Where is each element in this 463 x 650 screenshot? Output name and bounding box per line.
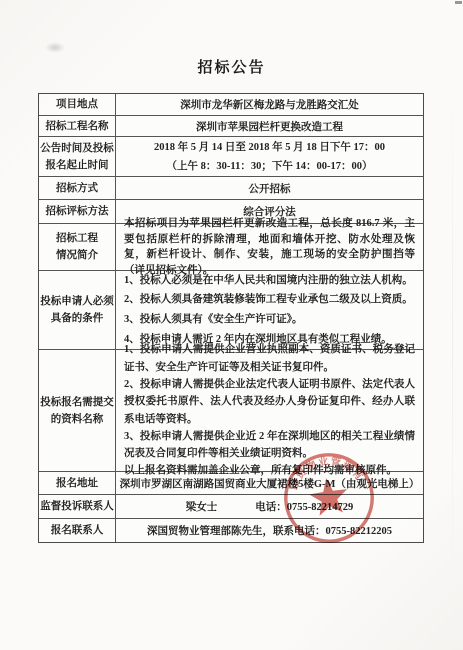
document-page: 招标公告 项目地点 深圳市龙华新区梅龙路与龙胜路交汇处 招标工程名称 深圳市苹果… [0, 0, 463, 650]
tender-table: 项目地点 深圳市龙华新区梅龙路与龙胜路交汇处 招标工程名称 深圳市苹果园栏杆更换… [38, 93, 424, 543]
document-item: 2、投标申请人需提供企业法定代表人证明书原件、法定代表人授权委托书原件、法人代表… [124, 376, 415, 428]
row-value: 1、投标人必须是在中华人民共和国境内注册的独立法人机构。 2、投标人须具备建筑装… [116, 271, 423, 349]
row-label: 公告时间及投标 报名起止时间 [39, 137, 116, 176]
row-label-line: 招标工程 [56, 230, 98, 247]
time-hours-line: （上午 8：30-11：30；下午 14：00-17：00） [167, 157, 373, 176]
table-row-registration-contact: 报名联系人 深国贸物业管理部陈先生，联系电话：0755-82212205 [39, 519, 423, 542]
row-label: 投标申请人必须 具备的条件 [39, 271, 116, 349]
row-value: 公开招标 [116, 177, 423, 199]
document-item: 3、投标申请人需提供企业近 2 年在深圳地区的相关工程业绩情况表及合同复印件等相… [124, 428, 415, 463]
overview-paragraph: 本招标项目为苹果园栏杆更新改造工程，总长度 816.7 米，主要包括原栏杆的拆除… [124, 216, 415, 278]
row-label: 招标方式 [39, 177, 116, 199]
row-label-line: 报名起止时间 [46, 157, 109, 174]
row-label-line: 公告时间及投标 [40, 140, 114, 157]
row-label: 招标评标方法 [39, 200, 116, 223]
row-label: 监督投诉联系人 [39, 495, 116, 518]
table-row-registration-address: 报名地址 深圳市罗湖区南湖路国贸商业大厦裙楼5楼G-M（由观光电梯上） [39, 472, 423, 495]
row-label-line: 投标报名需提交 [40, 394, 114, 411]
requirement-item: 3、投标人须具有《安全生产许可证》。 [124, 310, 303, 330]
table-row-project-overview: 招标工程 情况简介 本招标项目为苹果园栏杆更新改造工程，总长度 816.7 米，… [39, 224, 423, 271]
table-row-required-documents: 投标报名需提交 的资料名称 1、投标申请人需提供企业营业执照副本、资质证书、税务… [39, 350, 423, 472]
contact-line: 梁女士 电话：0755-82214729 [116, 499, 423, 514]
row-value: 深圳市龙华新区梅龙路与龙胜路交汇处 [116, 94, 423, 115]
row-value: 深圳市苹果园栏杆更换改造工程 [116, 116, 423, 136]
row-value: 1、投标申请人需提供企业营业执照副本、资质证书、税务登记证书、安全生产许可证等及… [116, 350, 423, 471]
page-title: 招标公告 [0, 56, 463, 77]
scan-fold-line [452, 80, 453, 600]
table-row-complaint-contact: 监督投诉联系人 梁女士 电话：0755-82214729 [39, 495, 423, 519]
document-item: 1、投标申请人需提供企业营业执照副本、资质证书、税务登记证书、安全生产许可证等及… [124, 341, 415, 376]
scan-corner-mark [455, 1, 462, 4]
contact-name: 梁女士 [186, 499, 218, 514]
row-value: 本招标项目为苹果园栏杆更新改造工程，总长度 816.7 米，主要包括原栏杆的拆除… [116, 224, 423, 270]
row-label: 报名联系人 [39, 519, 116, 542]
requirement-item: 2、投标人须具备建筑装修装饰工程专业承包二级及以上资质。 [124, 290, 413, 310]
row-label: 报名地址 [39, 472, 116, 494]
requirement-item: 1、投标人必须是在中华人民共和国境内注册的独立法人机构。 [124, 271, 413, 291]
table-row-announcement-time: 公告时间及投标 报名起止时间 2018 年 5 月 14 日至 2018 年 5… [39, 137, 423, 177]
row-label: 项目地点 [39, 94, 116, 115]
row-label: 招标工程 情况简介 [39, 224, 116, 270]
table-row-tender-method: 招标方式 公开招标 [39, 177, 423, 200]
time-range-line: 2018 年 5 月 14 日至 2018 年 5 月 18 日下午 17：00 [154, 138, 385, 157]
table-row-project-name: 招标工程名称 深圳市苹果园栏杆更换改造工程 [39, 116, 423, 137]
row-value: 深国贸物业管理部陈先生，联系电话：0755-82212205 [116, 519, 423, 542]
row-label: 招标工程名称 [39, 116, 116, 136]
table-row-bidder-requirements: 投标申请人必须 具备的条件 1、投标人必须是在中华人民共和国境内注册的独立法人机… [39, 271, 423, 350]
scan-smudge [45, 42, 65, 53]
row-label-line: 投标申请人必须 [40, 293, 114, 310]
row-label: 投标报名需提交 的资料名称 [39, 350, 116, 471]
row-value: 深圳市罗湖区南湖路国贸商业大厦裙楼5楼G-M（由观光电梯上） [116, 472, 423, 494]
table-row-project-location: 项目地点 深圳市龙华新区梅龙路与龙胜路交汇处 [39, 94, 423, 116]
contact-phone: 电话：0755-82214729 [255, 499, 353, 514]
row-label-line: 的资料名称 [51, 411, 104, 428]
row-label-line: 具备的条件 [51, 310, 104, 327]
row-value: 梁女士 电话：0755-82214729 [116, 495, 423, 518]
row-value: 2018 年 5 月 14 日至 2018 年 5 月 18 日下午 17：00… [116, 137, 423, 176]
row-label-line: 情况简介 [56, 247, 98, 264]
